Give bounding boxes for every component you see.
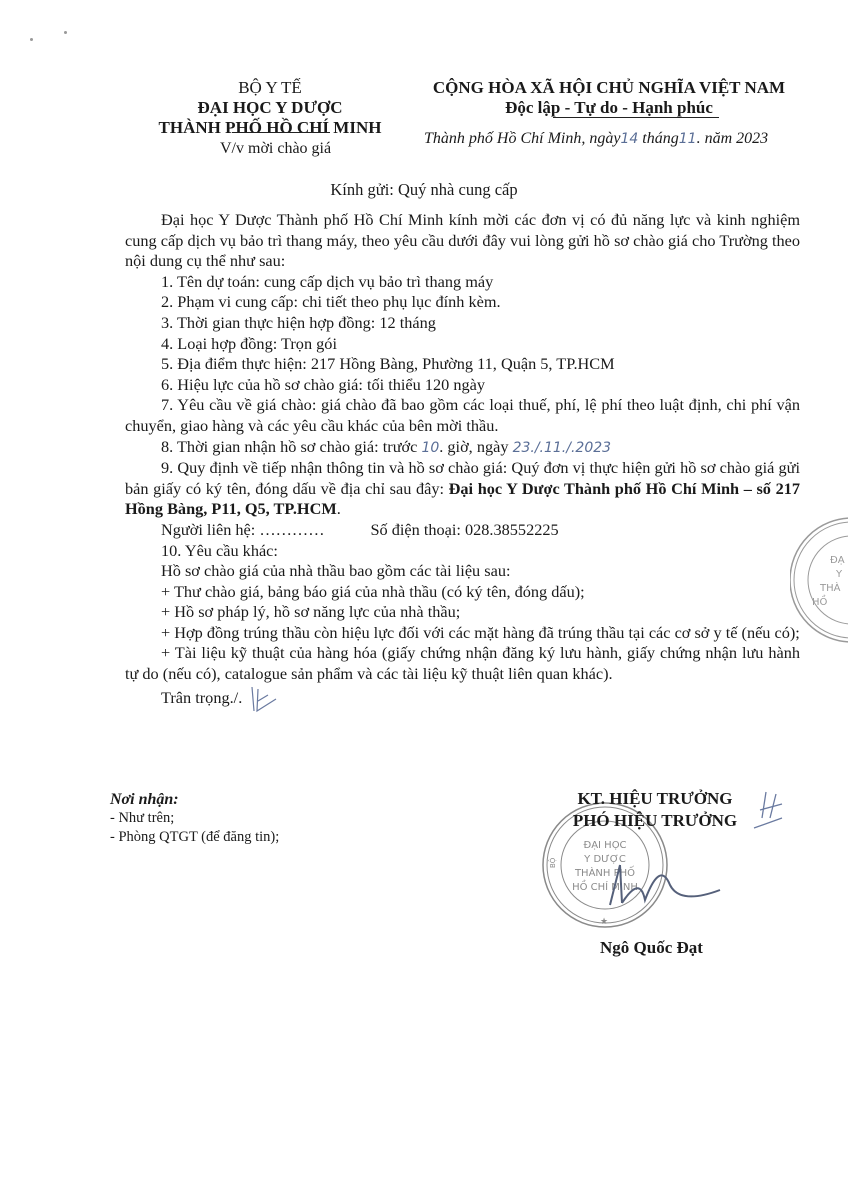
deadline-prefix: 8. Thời gian nhận hồ sơ chào giá: trước (161, 437, 417, 456)
ministry-name: BỘ Y TẾ (150, 78, 390, 98)
date-year: . năm 2023 (697, 130, 769, 147)
university-name-line2: THÀNH PHỐ HỒ CHÍ MINH (150, 118, 390, 138)
letter-body: Đại học Y Dược Thành phố Hồ Chí Minh kín… (125, 210, 800, 713)
country-name: CỘNG HÒA XÃ HỘI CHỦ NGHĨA VIỆT NAM (414, 78, 804, 98)
signer-name: Ngô Quốc Đạt (600, 938, 703, 958)
handwritten-signature-icon (600, 855, 740, 915)
list-item: 6. Hiệu lực của hồ sơ chào giá: tối thiể… (125, 375, 800, 396)
requirement-item: + Hồ sơ pháp lý, hồ sơ năng lực của nhà … (125, 602, 800, 623)
date-month-label: tháng (642, 130, 678, 147)
motto-underline (553, 117, 719, 118)
initials-signature-icon (248, 685, 282, 713)
submission-end: . (337, 499, 341, 518)
deadline-date-handwritten: 23./.11./.2023 (513, 440, 612, 456)
header-left: BỘ Y TẾ ĐẠI HỌC Y DƯỢC THÀNH PHỐ HỒ CHÍ … (150, 78, 390, 138)
other-requirements-title: 10. Yêu cầu khác: (125, 541, 800, 562)
list-item: 3. Thời gian thực hiện hợp đồng: 12 thán… (125, 313, 800, 334)
list-item: 7. Yêu cầu về giá chào: giá chào đã bao … (125, 395, 800, 436)
list-item: 5. Địa điểm thực hiện: 217 Hồng Bàng, Ph… (125, 354, 800, 375)
list-item: 4. Loại hợp đồng: Trọn gói (125, 334, 800, 355)
recipient-item: - Phòng QTGT (để đăng tin); (110, 828, 279, 847)
signer-initials-icon (752, 788, 786, 834)
svg-text:HỒ: HỒ (812, 594, 828, 608)
contact-line: Người liên hệ: …………Số điện thoại: 028.38… (125, 520, 800, 541)
svg-text:THÀ: THÀ (819, 581, 841, 594)
list-item: 1. Tên dự toán: cung cấp dịch vụ bảo trì… (125, 272, 800, 293)
svg-text:★: ★ (600, 917, 608, 927)
signer-block: KT. HIỆU TRƯỞNG PHÓ HIỆU TRƯỞNG (540, 788, 770, 832)
university-name-line1: ĐẠI HỌC Y DƯỢC (150, 98, 390, 118)
scan-speck (30, 38, 33, 41)
svg-text:BỘ: BỘ (548, 857, 557, 868)
list-item-submission: 9. Quy định về tiếp nhận thông tin và hồ… (125, 458, 800, 520)
signer-title-2: PHÓ HIỆU TRƯỞNG (540, 810, 770, 832)
contact-phone: Số điện thoại: 028.38552225 (371, 520, 559, 541)
closing-text: Trân trọng./. (161, 688, 242, 707)
requirement-item: + Thư chào giá, bảng báo giá của nhà thầ… (125, 582, 800, 603)
recipients-title: Nơi nhận: (110, 790, 279, 809)
header-left-underline (232, 132, 330, 133)
list-item: 2. Phạm vi cung cấp: chi tiết theo phụ l… (125, 292, 800, 313)
header-right: CỘNG HÒA XÃ HỘI CHỦ NGHĨA VIỆT NAM Độc l… (414, 78, 804, 118)
partial-stamp-icon: ĐẠ Y THÀ HỒ (790, 505, 848, 655)
requirement-item: + Hợp đồng trúng thầu còn hiệu lực đối v… (125, 623, 800, 644)
signer-title-1: KT. HIỆU TRƯỞNG (540, 788, 770, 810)
recipient-item: - Như trên; (110, 809, 279, 828)
subject-line: V/v mời chào giá (220, 140, 331, 158)
national-motto: Độc lập - Tự do - Hạnh phúc (414, 98, 804, 118)
greeting: Kính gửi: Quý nhà cung cấp (0, 180, 848, 200)
scan-speck (64, 31, 67, 34)
contact-person: Người liên hệ: ………… (161, 520, 325, 539)
other-requirements-lead: Hồ sơ chào giá của nhà thầu bao gồm các … (125, 561, 800, 582)
document-date: Thành phố Hồ Chí Minh, ngày14 tháng11. n… (424, 130, 768, 148)
intro-paragraph: Đại học Y Dược Thành phố Hồ Chí Minh kín… (125, 210, 800, 272)
deadline-middle: . giờ, ngày (439, 437, 508, 456)
recipients-block: Nơi nhận: - Như trên; - Phòng QTGT (để đ… (110, 790, 279, 847)
svg-text:ĐẠI HỌC: ĐẠI HỌC (583, 840, 626, 851)
date-month-handwritten: 11 (679, 131, 697, 147)
svg-text:ĐẠ: ĐẠ (830, 555, 845, 566)
requirement-item: + Tài liệu kỹ thuật của hàng hóa (giấy c… (125, 643, 800, 684)
svg-text:Y: Y (835, 569, 843, 580)
date-prefix: Thành phố Hồ Chí Minh, ngày (424, 130, 620, 147)
date-day-handwritten: 14 (620, 131, 638, 147)
list-item-deadline: 8. Thời gian nhận hồ sơ chào giá: trước … (125, 437, 800, 459)
closing-line: Trân trọng./. (125, 685, 800, 713)
deadline-hour-handwritten: 10 (421, 440, 439, 456)
